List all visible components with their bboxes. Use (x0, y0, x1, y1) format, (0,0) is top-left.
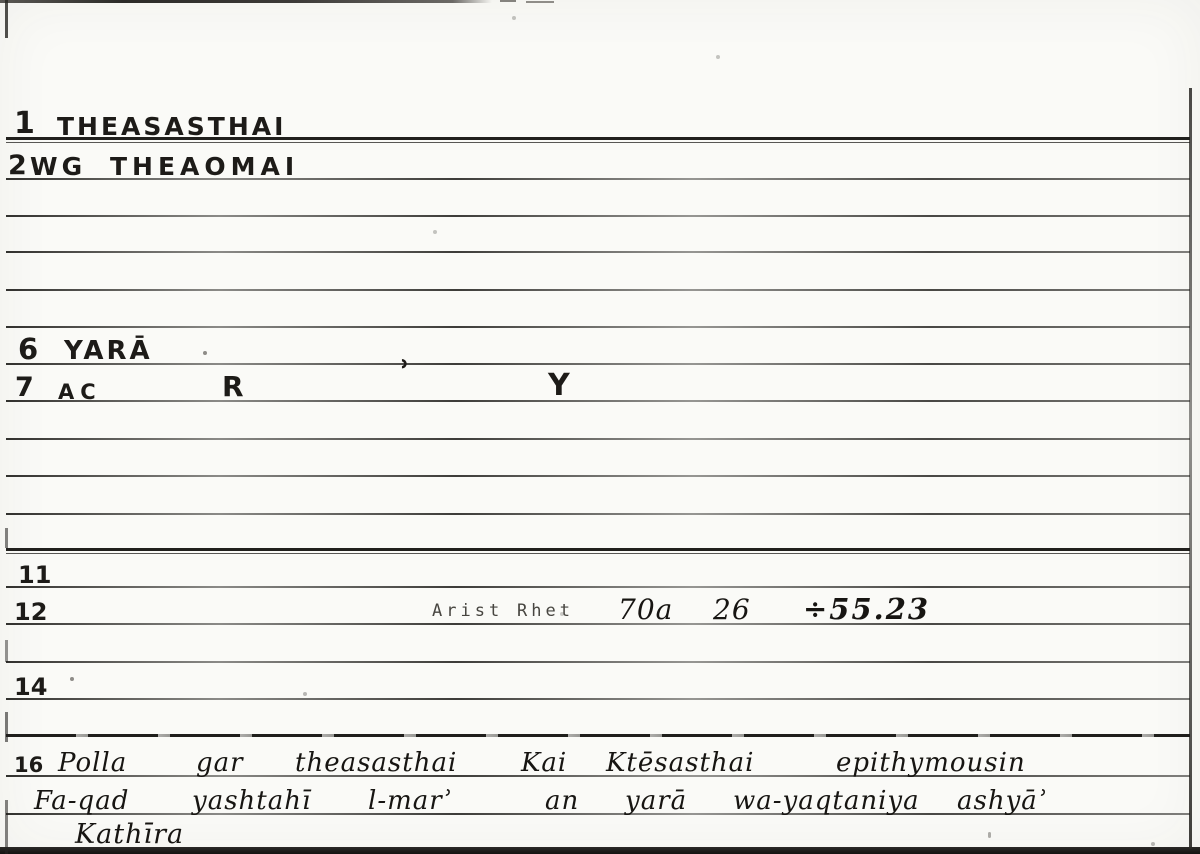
card-line: 2WGTHEAOMAI (0, 140, 1200, 180)
handwritten-text: Polla (58, 750, 127, 776)
handwritten-text: R (222, 373, 244, 401)
handwritten-text: YARĀ (64, 338, 153, 364)
scan-top-edge-dash (526, 1, 554, 3)
handwritten-text: ÷55.23 (803, 595, 930, 624)
line-number: 7 (15, 374, 34, 401)
scan-top-edge-dash (500, 0, 516, 2)
line-number: 1 (14, 109, 35, 139)
ruled-line (6, 661, 1190, 663)
handwritten-text: ʾ (398, 357, 410, 391)
line-number: 14 (14, 675, 47, 699)
scan-speck (433, 230, 437, 234)
card-line: 14 (0, 664, 1200, 700)
line-number: 6 (18, 335, 38, 364)
ruled-line (6, 548, 1190, 551)
handwritten-text: Ktēsasthai (606, 750, 754, 776)
handwritten-text: WG (30, 154, 86, 179)
scan-speck (716, 55, 720, 59)
ruled-line (6, 215, 1190, 217)
handwritten-text: 26 (713, 596, 751, 624)
line-number: 16 (14, 755, 43, 776)
card-line: 6YARĀ (0, 325, 1200, 365)
scan-left-edge-mark (5, 0, 8, 38)
card-line: 1THEASASTHAI (0, 96, 1200, 140)
handwritten-text: epithymousin (836, 750, 1026, 776)
handwritten-text: AC (58, 382, 102, 403)
ruled-line (6, 475, 1190, 477)
ruled-line (6, 438, 1190, 440)
line-number: 12 (14, 600, 47, 624)
handwritten-text: Y (548, 371, 570, 401)
card-line: 12AristRhet70a26÷55.23 (0, 589, 1200, 625)
scan-left-edge-mark (5, 528, 8, 548)
scan-speck (512, 16, 516, 20)
handwritten-text: 70a (618, 596, 673, 624)
ruled-line (6, 289, 1190, 291)
typed-text: Arist (432, 603, 503, 620)
handwritten-text: Kathīra (75, 821, 184, 848)
card-line: 7ACRʾY (0, 362, 1200, 402)
line-number: 2 (8, 152, 27, 179)
scan-left-edge-mark (5, 640, 8, 662)
card-line: 16PollagartheasasthaiKaiKtēsasthaiepithy… (0, 737, 1200, 777)
handwritten-text: gar (196, 750, 244, 776)
card-line: 11 (0, 552, 1200, 588)
card-line: Kathīra (0, 809, 1200, 849)
handwritten-text: THEASASTHAI (57, 114, 286, 139)
line-number: 11 (18, 563, 51, 587)
typed-text: Rhet (517, 603, 574, 620)
ruled-line (6, 513, 1190, 515)
handwritten-text: theasasthai (295, 750, 457, 776)
scan-top-edge (0, 0, 492, 3)
index-card: 1THEASASTHAI2WGTHEAOMAI6YARĀ7ACRʾY1112Ar… (0, 0, 1200, 854)
ruled-line (6, 251, 1190, 253)
handwritten-text: THEAOMAI (110, 154, 299, 179)
handwritten-text: Kai (521, 750, 567, 776)
